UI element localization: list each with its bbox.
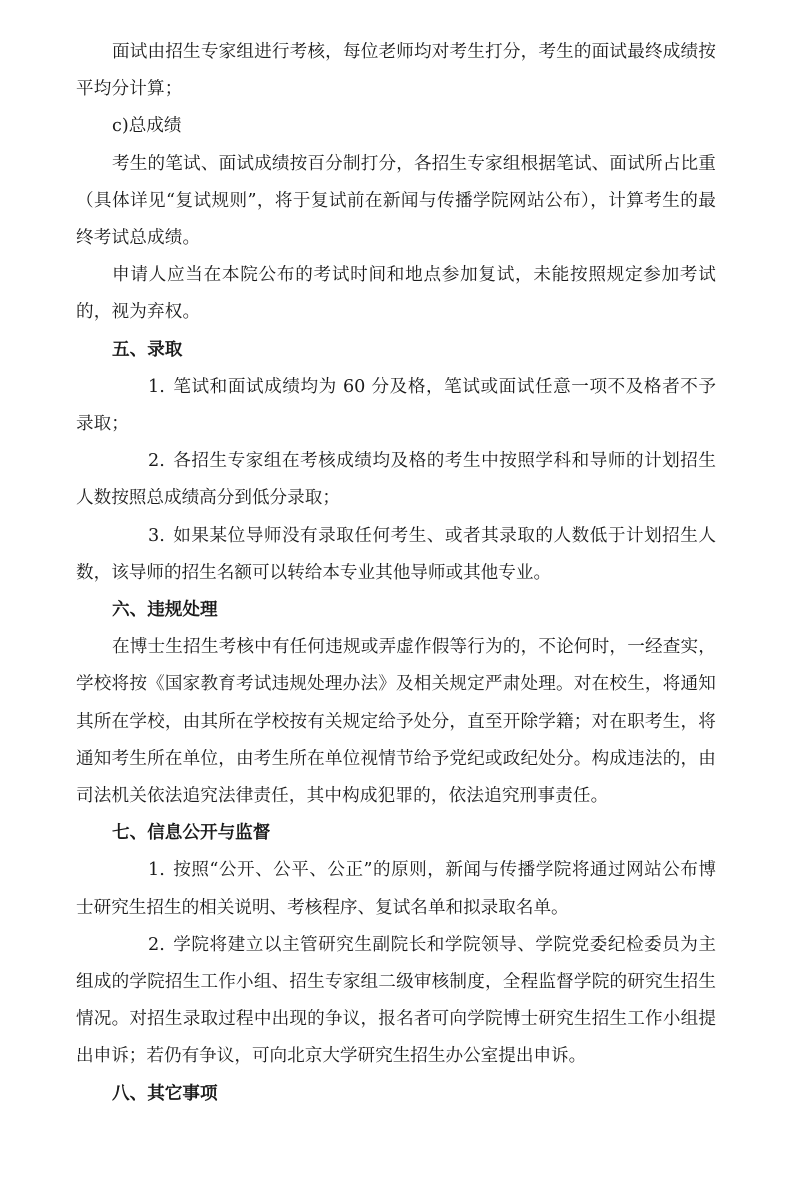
item-number: 2.: [112, 927, 165, 964]
item-text: 按照“公开、公平、公正”的原则，新闻与传播学院将通过网站公布博士研究生招生的相关…: [76, 860, 716, 917]
violations-paragraph: 在博士生招生考核中有任何违规或弄虚作假等行为的，不论何时，一经查实，学校将按《国…: [76, 629, 716, 815]
item-number: 2.: [112, 443, 165, 480]
item-text: 如果某位导师没有录取任何考生、或者其录取的人数低于计划招生人数，该导师的招生名额…: [76, 526, 716, 583]
total-score-paragraph: 考生的笔试、面试成绩按百分制打分，各招生专家组根据笔试、面试所占比重（具体详见“…: [76, 146, 716, 258]
section-heading-admission: 五、录取: [76, 332, 716, 369]
section-heading-other: 八、其它事项: [76, 1076, 716, 1113]
item-text: 各招生专家组在考核成绩均及格的考生中按照学科和导师的计划招生人数按照总成绩高分到…: [76, 451, 716, 508]
document-page: 面试由招生专家组进行考核，每位老师均对考生打分，考生的面试最终成绩按平均分计算；…: [76, 34, 716, 1113]
section-heading-violations: 六、违规处理: [76, 592, 716, 629]
item-number: 1.: [112, 852, 165, 889]
item-text: 笔试和面试成绩均为 60 分及格，笔试或面试任意一项不及格者不予录取；: [76, 377, 716, 434]
section-heading-transparency: 七、信息公开与监督: [76, 815, 716, 852]
item-number: 3.: [112, 518, 165, 555]
admission-item-1: 1.笔试和面试成绩均为 60 分及格，笔试或面试任意一项不及格者不予录取；: [76, 369, 716, 443]
admission-item-3: 3.如果某位导师没有录取任何考生、或者其录取的人数低于计划招生人数，该导师的招生…: [76, 518, 716, 592]
total-score-subheading: c)总成绩: [76, 108, 716, 145]
item-number: 1.: [112, 369, 165, 406]
interview-scoring-paragraph: 面试由招生专家组进行考核，每位老师均对考生打分，考生的面试最终成绩按平均分计算；: [76, 34, 716, 108]
transparency-item-1: 1.按照“公开、公平、公正”的原则，新闻与传播学院将通过网站公布博士研究生招生的…: [76, 852, 716, 926]
item-text: 学院将建立以主管研究生副院长和学院领导、学院党委纪检委员为主组成的学院招生工作小…: [76, 935, 716, 1067]
attendance-paragraph: 申请人应当在本院公布的考试时间和地点参加复试，未能按照规定参加考试的，视为弃权。: [76, 257, 716, 331]
transparency-item-2: 2.学院将建立以主管研究生副院长和学院领导、学院党委纪检委员为主组成的学院招生工…: [76, 927, 716, 1076]
admission-item-2: 2.各招生专家组在考核成绩均及格的考生中按照学科和导师的计划招生人数按照总成绩高…: [76, 443, 716, 517]
